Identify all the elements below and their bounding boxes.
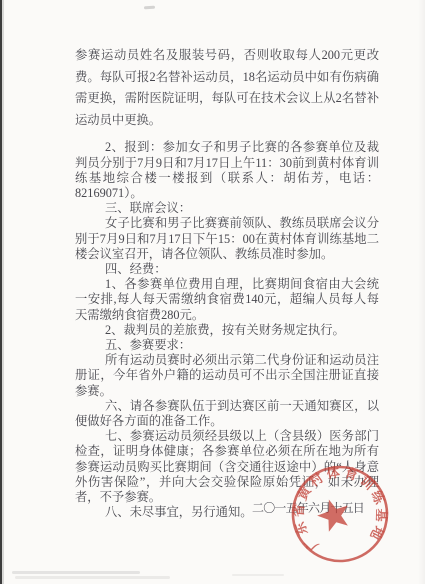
paragraph: 三、联席会议：: [75, 201, 379, 216]
scan-smudge: [12, 571, 140, 574]
paragraph: 五、参赛要求：: [75, 338, 379, 353]
scanned-notice-page: 参赛运动员姓名及服装号码，否则收取每人200元更改费。每队可报2名替补运动员，1…: [0, 0, 425, 584]
official-seal-icon: 广东省黄村体育训练基地: [283, 457, 397, 571]
scan-edge-artifact: [2, 0, 4, 584]
seal-star-icon: [314, 494, 354, 533]
scan-smudge: [144, 6, 155, 10]
paragraph: 参赛运动员姓名及服装号码，否则收取每人200元更改费。每队可报2名替补运动员，1…: [75, 45, 379, 131]
paragraph: 四、经费：: [75, 262, 379, 277]
paragraph: 2、报到：参加女子和男子比赛的各参赛单位及裁判员分别于7月9日和7月17日上午1…: [75, 140, 379, 201]
paragraph: 女子比赛和男子比赛赛前领队、教练员联席会议分别于7月9日和7月17日下午15：0…: [75, 216, 379, 262]
paragraph: 所有运动员赛时必须出示第二代身份证和运动员注册证，今年省外户籍的运动员可不出示全…: [75, 353, 379, 399]
paragraph: 1、各参赛单位费用自理，比赛期间食宿由大会统一安排,每人每天需缴纳食宿费140元…: [75, 277, 379, 323]
document-body: 参赛运动员姓名及服装号码，否则收取每人200元更改费。每队可报2名替补运动员，1…: [75, 45, 379, 520]
paragraph: 2、裁判员的差旅费，按有关财务规定执行。: [75, 323, 379, 338]
scan-edge-artifact: [418, 0, 425, 584]
scan-smudge: [15, 576, 170, 579]
paragraph: 六、请各参赛队伍于到达赛区前一天通知赛区，以便做好各方面的准备工作。: [75, 399, 379, 429]
scan-smudge: [232, 574, 284, 576]
